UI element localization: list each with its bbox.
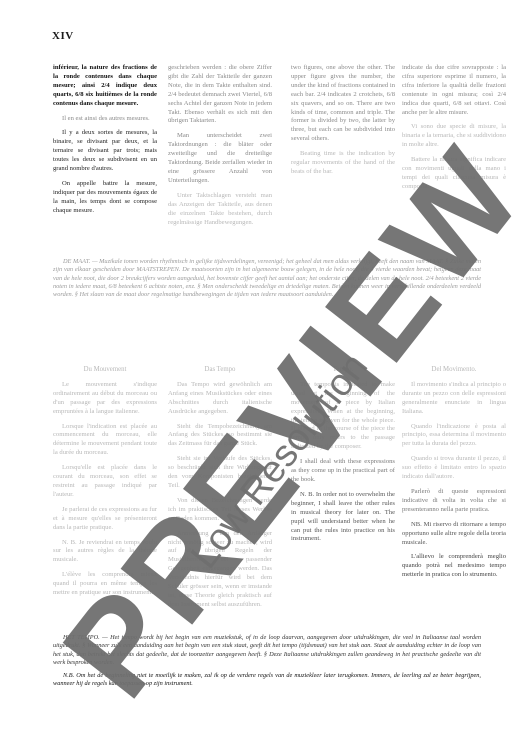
section-heading: Du Mouvement (53, 366, 157, 375)
paragraph: The tempo is indicated to make usual at … (291, 381, 395, 452)
column-english-bottom: Tempo. The tempo is indicated to make us… (291, 366, 395, 550)
paragraph: Steht sie im Verlaufe des Stückes, so be… (168, 455, 272, 491)
paragraph: Lorsqu'elle est placée dans le courant d… (53, 464, 157, 500)
paragraph: Je parlerai de ces expressions au fur et… (53, 506, 157, 533)
paragraph: Beating time is the indication by regula… (291, 150, 395, 177)
paragraph: N. B. In order not to overwhelm the begi… (291, 491, 395, 544)
paragraph: Il movimento s'indica al principio o dur… (402, 381, 506, 417)
paragraph: Il y a deux sortes de mesures, la binair… (53, 129, 157, 174)
paragraph: geschrieben werden : die obere Ziffer gi… (168, 64, 272, 126)
section-heading: Das Tempo (168, 366, 272, 375)
paragraph: Das Tempo wird gewöhnlich am Anfang eine… (168, 381, 272, 417)
column-italian-top: indicate da due cifre sovrapposte : la c… (402, 64, 506, 198)
paragraph: Parlerò di queste espressioni indicative… (402, 488, 506, 515)
paragraph: indicate da due cifre sovrapposte : la c… (402, 64, 506, 117)
paragraph: Le mouvement s'indique ordinairement au … (53, 381, 157, 417)
paragraph: L'allievo le comprenderà meglio quando p… (402, 553, 506, 580)
column-french-bottom: Du Mouvement Le mouvement s'indique ordi… (53, 366, 157, 604)
paragraph: HET TEMPO. — Het tempo wordt bij het beg… (53, 634, 481, 667)
paragraph: Man unterscheidet zwei Taktordnungen : d… (168, 132, 272, 185)
page-number: XIV (52, 30, 74, 42)
paragraph: Unter Taktschlagen versteht man das Anze… (168, 192, 272, 228)
column-italian-bottom: Del Movimento. Il movimento s'indica al … (402, 366, 506, 586)
paragraph: Von diesen Bezeichnungen werde ich im pr… (168, 497, 272, 524)
dutch-tempo-footnote: HET TEMPO. — Het tempo wordt bij het beg… (53, 634, 481, 694)
column-german-bottom: Das Tempo Das Tempo wird gewöhnlich am A… (168, 366, 272, 616)
paragraph: NB. Mi riservo di ritornare a tempo oppo… (402, 521, 506, 548)
paragraph: Anmerkung : Um den Anfänger nicht unnöti… (168, 530, 272, 610)
paragraph: Quando l'indicazione è posta al principi… (402, 423, 506, 450)
paragraph: I shall deal with these expressions as t… (291, 458, 395, 485)
paragraph: Il en est ainsi des autres mesures. (53, 115, 157, 124)
paragraph: Battere la misura significa indicare con… (402, 156, 506, 192)
paragraph: inférieur, la nature des fractions de la… (53, 64, 157, 109)
paragraph: Quando si trova durante il pezzo, il suo… (402, 455, 506, 482)
paragraph: L'élève les comprendra mieux quand il po… (53, 571, 157, 598)
paragraph: On appelle battre la mesure, indiquer pa… (53, 180, 157, 216)
paragraph: N. B. Je reviendrai en temps voulu sur l… (53, 539, 157, 566)
section-heading: Tempo. (291, 366, 395, 375)
paragraph: DE MAAT. — Muzikale tonen worden rhythmi… (53, 258, 481, 299)
paragraph: N.B. Om het de beginneling niet te moeil… (53, 672, 481, 689)
paragraph: two figures, one above the other. The up… (291, 64, 395, 144)
paragraph: Lorsque l'indication est placée au comme… (53, 423, 157, 459)
paragraph: Steht die Tempobezeichnung am Anfang des… (168, 423, 272, 450)
dutch-maat-note: DE MAAT. — Muzikale tonen worden rhythmi… (53, 258, 481, 304)
section-heading: Del Movimento. (402, 366, 506, 375)
paragraph: Vi sono due specie di misure, la binaria… (402, 123, 506, 150)
column-english-top: two figures, one above the other. The up… (291, 64, 395, 183)
column-german-top: geschrieben werden : die obere Ziffer gi… (168, 64, 272, 233)
column-french-top: inférieur, la nature des fractions de la… (53, 64, 157, 222)
